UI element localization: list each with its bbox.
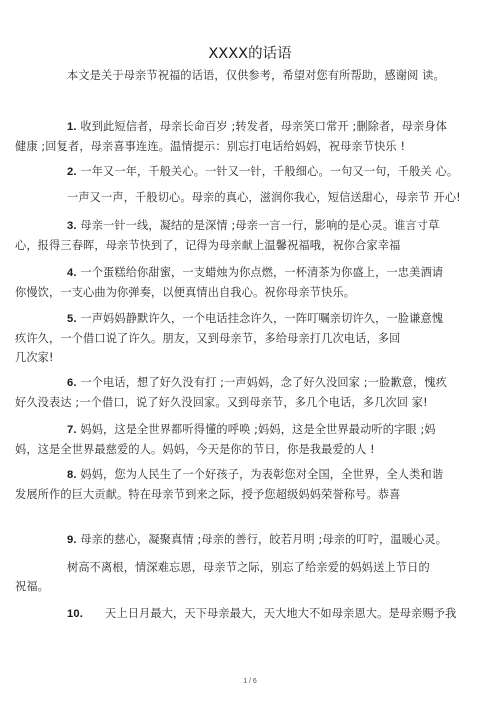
paragraph-7: 7. 妈妈，这是全世界都听得懂的呼唤 ;妈妈，这是全世界最动听的字眼 ;妈 妈，… [41,420,466,459]
intro-paragraph: 本文是关于母亲节祝福的话语，仅供参考，希望对您有所帮助，感谢阅 读。 [41,66,466,85]
paragraph-9-continued: 树高不离根，情深难忘恩，母亲节之际，别忘了给亲爱的妈妈送上节日的 祝福。 [41,558,466,596]
paragraph-3: 3. 母亲一针一线，凝结的是深情 ;母亲一言一行，影响的是心灵。谁言寸草 心，报… [41,216,466,255]
paragraph-2: 2. 一年又一年，千般关心。一针又一针，千般细心。一句又一句，千般关 心。 [41,162,466,182]
paragraph-5: 5. 一声妈妈静默许久，一个电话挂念许久，一阵叮嘱亲切许久，一脸谦意愧 疚许久，… [41,309,466,367]
paragraph-1: 1. 收到此短信者，母亲长命百岁 ;转发者，母亲笑口常开 ;删除者，母亲身体 健… [41,117,466,156]
paragraph-6: 6. 一个电话，想了好久没有打 ;一声妈妈，念了好久没回家 ;一脸歉意，愧疚 好… [41,373,466,412]
paragraph-9: 9. 母亲的慈心，凝聚真情 ;母亲的善行，皎若月明 ;母亲的叮咛，温暖心灵。 [41,530,466,550]
paragraph-4: 4. 一个蛋糕给你甜蜜，一支蜡烛为你点燃，一杯清茶为你盛上，一忠美酒请 你慢饮，… [41,263,466,302]
paragraph-10: 10.天上日月最大，天下母亲最大，天大地大不如母亲恩大。是母亲赐予我 [41,604,466,624]
paragraph-2-continued: 一声又一声，千般切心。母亲的真心，滋润你我心，短信送甜心，母亲节 开心! [41,188,466,207]
document-title: XXXX的话语 [0,42,500,63]
page-number: 1 / 6 [0,678,500,685]
paragraph-8: 8. 妈妈，您为人民生了一个好孩子，为表彰您对全国，全世界，全人类和谐 发展所作… [41,465,466,504]
